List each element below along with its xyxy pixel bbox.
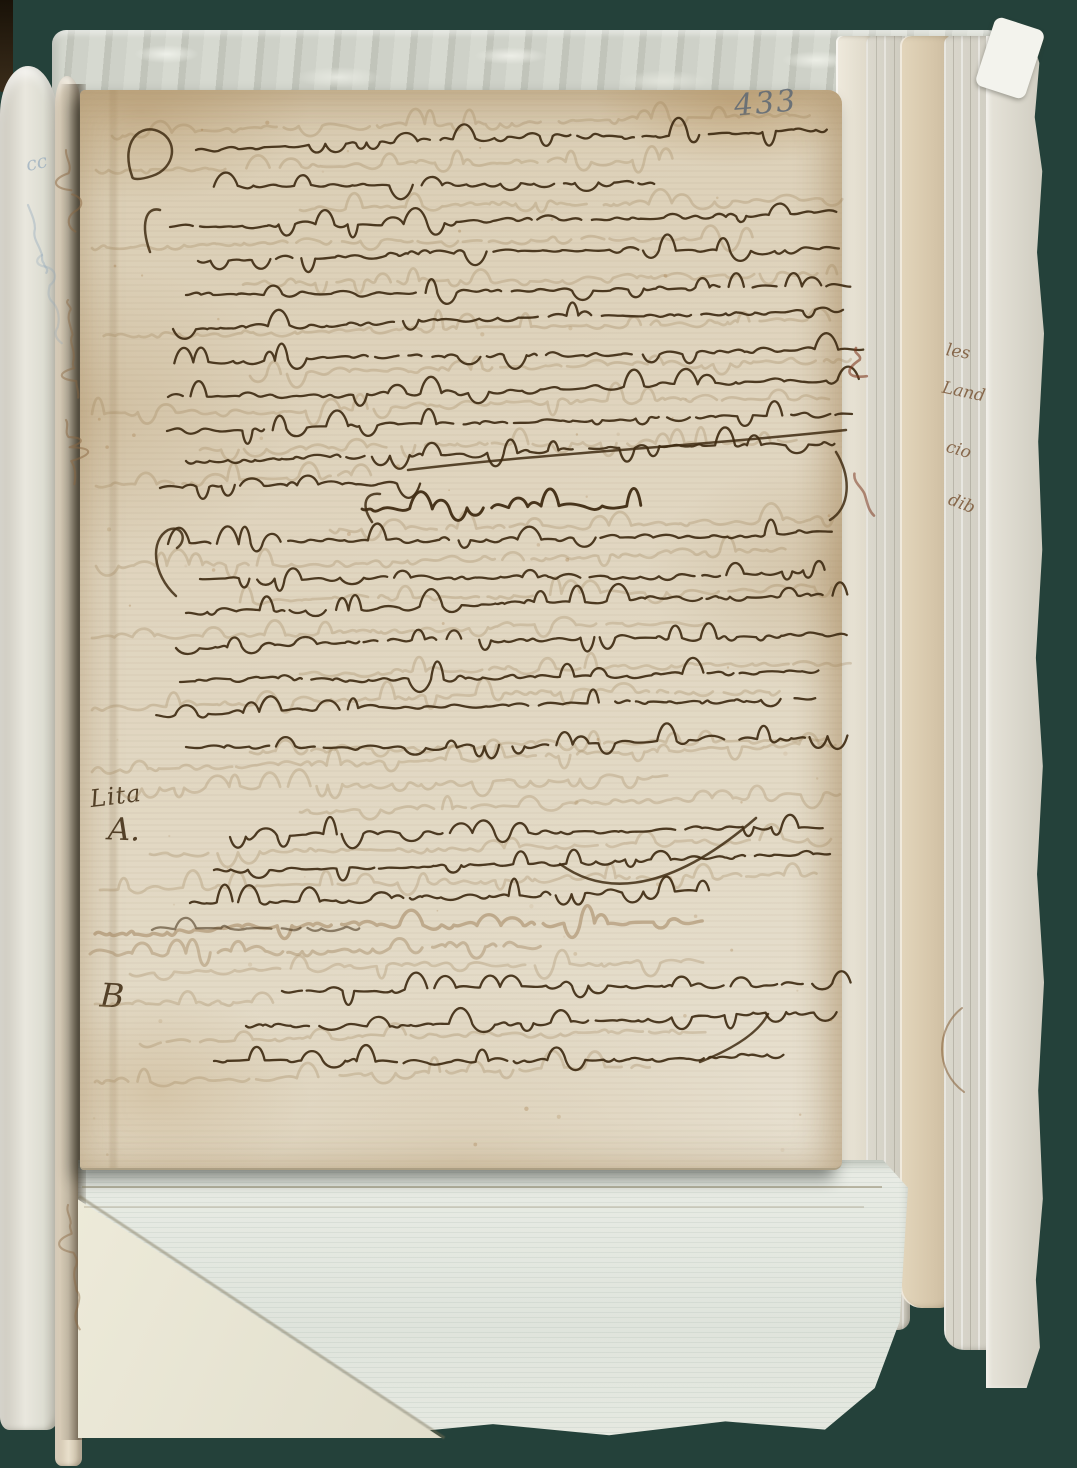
blue-pencil-fragment: cc: [24, 150, 49, 176]
page-number: 433: [733, 83, 799, 123]
manuscript-photo: les Land cio dib 433 Lita A. B cc: [0, 0, 1077, 1468]
page-bottom-edge-line: [82, 1186, 882, 1188]
left-page-edge-outer: [0, 66, 60, 1430]
manuscript-page: 433 Lita A. B: [80, 90, 842, 1170]
ink-fragment: les: [945, 340, 972, 364]
margin-label-litera: Lita: [88, 779, 143, 813]
margin-item-a: A.: [107, 811, 140, 848]
page-stack-outer-deckle: [986, 36, 1044, 1388]
margin-item-b: B: [99, 975, 125, 1015]
undersheet-edge-line: [84, 1206, 864, 1208]
